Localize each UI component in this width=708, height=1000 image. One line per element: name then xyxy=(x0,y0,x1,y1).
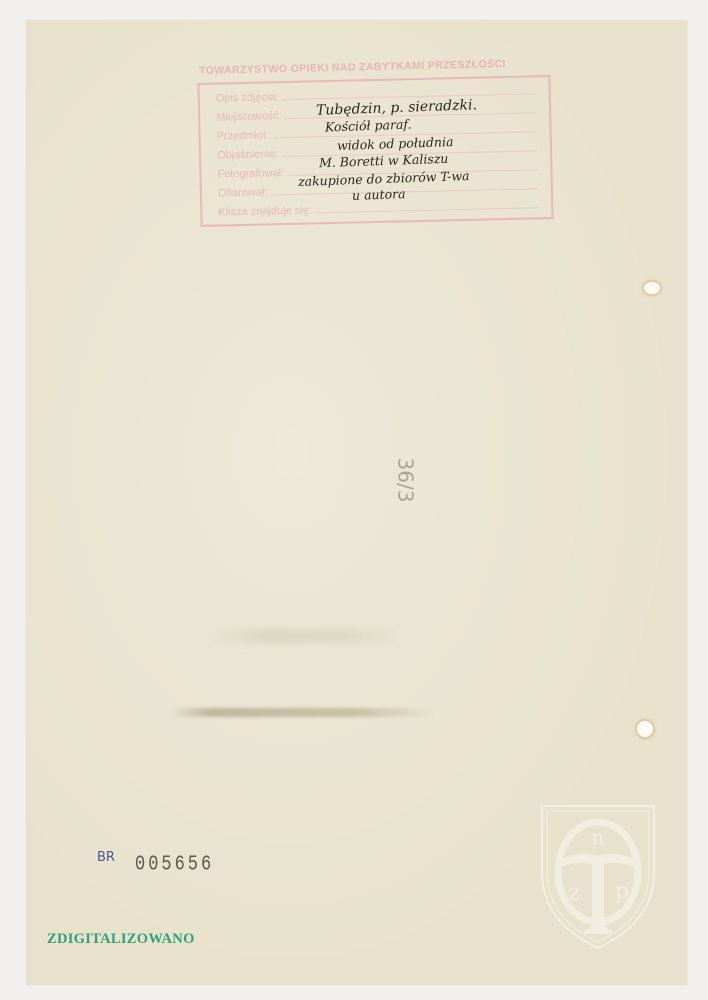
photo-back-card: TOWARZYSTWO OPIEKI NAD ZABYTKAMI PRZESZŁ… xyxy=(26,20,687,985)
stain xyxy=(170,708,435,717)
stamp-field-label: Objaśnienie: xyxy=(217,148,278,161)
svg-text:n: n xyxy=(592,825,605,849)
paper-hole xyxy=(644,282,660,294)
handwritten-object: Kościół paraf. xyxy=(325,116,412,134)
stamp-field-label: Miejscowość: xyxy=(216,110,282,123)
shield-watermark-icon: n z p xyxy=(538,802,658,952)
handwritten-negative-location: u autora xyxy=(352,186,406,203)
pencil-note: 36/3 xyxy=(393,458,417,503)
stamp-field-label: Klisza znajduje się: xyxy=(218,204,312,218)
digitized-stamp: ZDIGITALIZOWANO xyxy=(47,931,195,948)
stamp-header: TOWARZYSTWO OPIEKI NAD ZABYTKAMI PRZESZŁ… xyxy=(199,57,559,77)
stamp-field-label: Przedmiot: xyxy=(216,129,269,142)
stamp-field-label: Ofiarował: xyxy=(218,186,268,199)
svg-text:p: p xyxy=(615,879,629,904)
stain xyxy=(206,628,406,644)
stamp-field-label: Opis zdjęcia: xyxy=(216,91,279,104)
inventory-prefix: BR xyxy=(97,850,115,865)
svg-text:z: z xyxy=(568,881,580,906)
paper-hole xyxy=(637,721,653,737)
stamp-field-label: Fotografował: xyxy=(217,167,284,181)
inventory-number: 005656 xyxy=(135,853,214,877)
